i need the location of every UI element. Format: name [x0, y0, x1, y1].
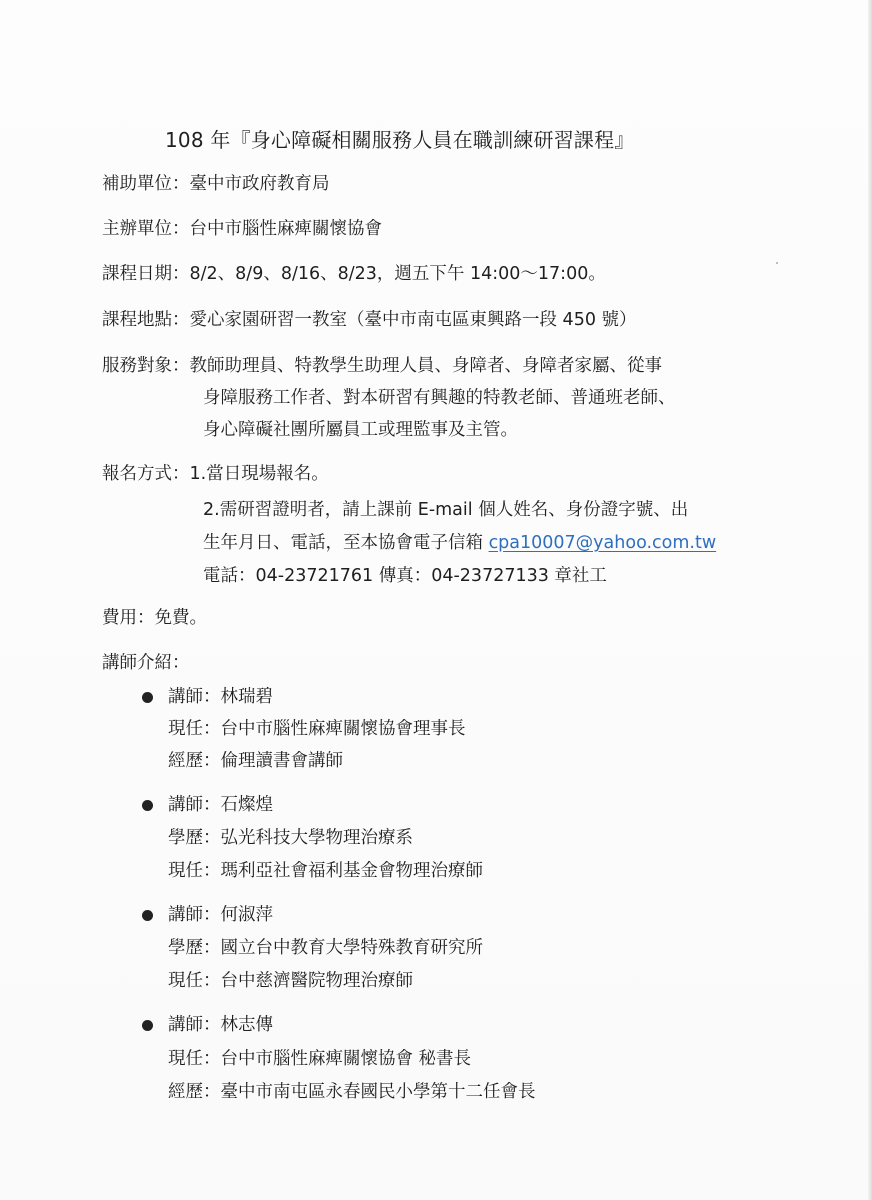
fee-row: 費用：免費。: [102, 602, 207, 634]
instructor-3-line-3: 現任：台中慈濟醫院物理治療師: [168, 965, 413, 997]
registration-line-2: 2.需研習證明者，請上課前 E-mail 個人姓名、身份證字號、出: [203, 494, 688, 526]
audience-row: 服務對象：教師助理員、特教學生助理人員、身障者、身障者家屬、從事: [102, 350, 662, 382]
audience-line-1: 教師助理員、特教學生助理人員、身障者、身障者家屬、從事: [190, 356, 663, 376]
dates-value: 8/2、8/9、8/16、8/23，週五下午 14:00～17:00。: [190, 264, 606, 284]
bullet-icon: [142, 800, 153, 811]
registration-label: 報名方式：: [102, 458, 190, 490]
contact-line: 電話：04-23721761 傳真：04-23727133 章社工: [203, 560, 607, 592]
audience-line-3: 身心障礙社團所屬員工或理監事及主管。: [203, 414, 518, 446]
registration-line-3: 生年月日、電話，至本協會電子信箱 cpa10007@yahoo.com.tw: [203, 527, 716, 559]
fee-value: 免費。: [155, 608, 208, 628]
instructor-2-line-3: 現任：瑪利亞社會福利基金會物理治療師: [168, 855, 483, 887]
instructor-3-line-2: 學歷：國立台中教育大學特殊教育研究所: [168, 932, 483, 964]
instructor-4-name: 講師：林志傳: [168, 1009, 273, 1041]
email-link[interactable]: cpa10007@yahoo.com.tw: [489, 533, 717, 553]
instructor-2-line-2: 學歷：弘光科技大學物理治療系: [168, 822, 413, 854]
sponsor-label: 補助單位：: [102, 168, 190, 200]
bullet-icon: [142, 1020, 153, 1031]
instructor-3-name: 講師：何淑萍: [168, 899, 273, 931]
document-title: 108 年『身心障礙相關服務人員在職訓練研習課程』: [165, 124, 635, 153]
instructor-1-name: 講師：林瑞碧: [168, 681, 273, 713]
location-value: 愛心家園研習一教室（臺中市南屯區東興路一段 450 號）: [190, 310, 637, 330]
registration-line-3-text: 生年月日、電話，至本協會電子信箱: [203, 533, 489, 553]
location-label: 課程地點：: [102, 304, 190, 336]
instructor-1-line-2: 現任：台中市腦性麻痺關懷協會理事長: [168, 713, 466, 745]
organizer-row: 主辦單位：台中市腦性麻痺關懷協會: [102, 213, 382, 245]
scan-speck: [776, 262, 778, 264]
registration-row: 報名方式：1.當日現場報名。: [102, 458, 329, 490]
scanned-page: 108 年『身心障礙相關服務人員在職訓練研習課程』 補助單位：臺中市政府教育局 …: [0, 0, 872, 1200]
dates-row: 課程日期：8/2、8/9、8/16、8/23，週五下午 14:00～17:00。: [102, 258, 606, 290]
bullet-icon: [142, 910, 153, 921]
dates-label: 課程日期：: [102, 258, 190, 290]
audience-line-2: 身障服務工作者、對本研習有興趣的特教老師、普通班老師、: [203, 382, 676, 414]
fee-label: 費用：: [102, 602, 155, 634]
instructor-1-line-3: 經歷：倫理讀書會講師: [168, 745, 343, 777]
sponsor-row: 補助單位：臺中市政府教育局: [102, 168, 330, 200]
page-edge: [868, 0, 872, 1200]
instructor-2-name: 講師：石燦煌: [168, 789, 273, 821]
registration-line-1: 1.當日現場報名。: [190, 464, 329, 484]
organizer-value: 台中市腦性麻痺關懷協會: [190, 219, 383, 239]
location-row: 課程地點：愛心家園研習一教室（臺中市南屯區東興路一段 450 號）: [102, 304, 637, 336]
bullet-icon: [142, 692, 153, 703]
sponsor-value: 臺中市政府教育局: [190, 174, 330, 194]
audience-label: 服務對象：: [102, 350, 190, 382]
instructors-heading: 講師介紹：: [102, 647, 190, 679]
instructor-4-line-3: 經歷：臺中市南屯區永春國民小學第十二任會長: [168, 1076, 536, 1108]
organizer-label: 主辦單位：: [102, 213, 190, 245]
instructor-4-line-2: 現任：台中市腦性麻痺關懷協會 秘書長: [168, 1043, 471, 1075]
